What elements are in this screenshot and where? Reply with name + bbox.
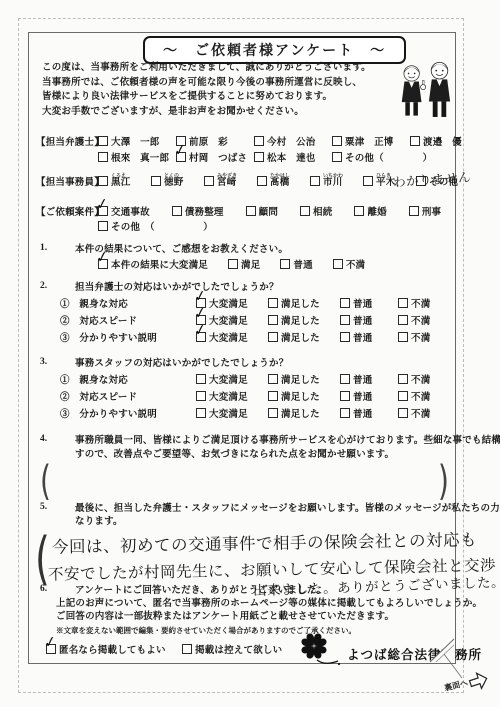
checkbox[interactable] <box>246 206 256 216</box>
checkbox-option[interactable]: 普通 <box>280 259 312 274</box>
checkbox[interactable] <box>268 315 278 325</box>
checkbox-option[interactable]: 債務整理 <box>172 206 224 221</box>
checkbox-option[interactable]: ✓大変満足 <box>196 298 268 313</box>
checkbox[interactable] <box>340 298 350 308</box>
q1-number: 1. <box>40 243 47 253</box>
checkbox-option[interactable]: 大澤 一郎 <box>98 136 176 151</box>
intro-paragraph: この度は、当事務所をご利用いただきまして、誠にありがとうございます。 当事務所で… <box>42 61 371 119</box>
checkbox[interactable] <box>268 391 278 401</box>
checkbox-option[interactable]: 顧問 <box>246 206 278 221</box>
option-label: 顧問 <box>259 208 278 218</box>
checkbox-option[interactable]: 普通 <box>340 374 398 389</box>
option-label: 満足した <box>281 376 320 386</box>
checkbox[interactable] <box>340 391 350 401</box>
checkbox-option[interactable]: 普通 <box>340 408 398 423</box>
option-label: 不満 <box>411 300 430 310</box>
checkbox-option[interactable]: 大変満足 <box>196 408 268 423</box>
lawyer-row-1: 大澤 一郎前原 彩今村 公治粟津 正博渡邉 優 <box>98 136 488 151</box>
q3-number: 3. <box>40 357 47 367</box>
checkbox[interactable]: ✓ <box>98 206 108 216</box>
option-label: 離婚 <box>367 208 386 218</box>
option-label: 普通 <box>353 334 372 344</box>
checkbox-option[interactable]: 普通 <box>340 298 398 313</box>
option-label: 大変満足 <box>209 376 248 386</box>
option-label: 満足した <box>281 334 320 344</box>
checkbox[interactable] <box>98 136 108 146</box>
case-row-1: ✓交通事故債務整理顧問相続離婚刑事 <box>98 206 463 221</box>
option-label: 不満 <box>411 334 430 344</box>
checkbox[interactable] <box>398 391 408 401</box>
criteria-label: ② 対応スピード <box>60 315 196 330</box>
option-label: その他 （ ） <box>111 223 213 233</box>
option-label: 刑事 <box>422 208 441 218</box>
case-section-label: 【ご依頼案件】 <box>36 206 104 221</box>
criteria-label: ② 対応スピード <box>60 391 196 406</box>
checkbox[interactable] <box>254 136 264 146</box>
q5-text-line: 最後に、担当した弁護士・スタッフにメッセージをお願いします。皆様のメッセージが私… <box>75 502 500 517</box>
option-label: 不満 <box>411 410 430 420</box>
checkbox[interactable] <box>332 152 342 162</box>
option-label: 大変満足 <box>209 334 248 344</box>
survey-sheet: ～ ご依頼者様アンケート ～ この度は <box>0 0 500 707</box>
checkbox-option[interactable]: 不満 <box>398 374 442 389</box>
page-turn-corner: 裏面へ <box>400 622 500 707</box>
checkbox[interactable] <box>98 176 108 186</box>
checkbox-option[interactable]: 不満 <box>398 391 442 406</box>
checkbox[interactable] <box>398 315 408 325</box>
checkbox-option[interactable]: くろえ黒江 <box>98 176 151 191</box>
checkbox[interactable] <box>196 374 206 384</box>
option-label: 大変満足 <box>209 300 248 310</box>
q1-options: ✓本件の結果に大変満足満足普通不満 <box>98 259 385 274</box>
handwritten-checkmark: ✓ <box>193 288 208 305</box>
q6-number: 6. <box>40 584 47 594</box>
handwritten-checkmark: ✓ <box>193 305 208 322</box>
checkbox[interactable] <box>398 332 408 342</box>
intro-line: 皆様により良い法律サービスをご提供することに努めております。 <box>42 90 371 105</box>
furigana: いちかわ <box>323 170 343 185</box>
checkbox[interactable] <box>268 332 278 342</box>
option-label: 大澤 一郎 <box>111 138 160 148</box>
checkbox-option[interactable]: 満足した <box>268 332 340 347</box>
intro-line: 大変お手数でございますが、是非お声をお聞かせください。 <box>42 105 371 120</box>
q6-publish-detail: ご回答の内容は一部抜粋またはアンケート用紙ごと載せさせていただきます。 <box>56 610 394 625</box>
checkbox[interactable] <box>354 206 364 216</box>
outline-right-arrow-icon <box>468 671 489 691</box>
checkbox-option[interactable]: 粟津 正博 <box>332 136 410 151</box>
option-label: 村岡 つばさ <box>189 154 247 164</box>
checkbox-option[interactable]: ✓本件の結果に大変満足 <box>98 259 208 274</box>
checkbox[interactable] <box>280 259 290 269</box>
checkbox[interactable] <box>340 315 350 325</box>
q2-text: 担当弁護士の対応はいかがでしたでしょうか？ <box>75 281 279 296</box>
checkbox[interactable] <box>332 136 342 146</box>
q4-number: 4. <box>40 434 47 444</box>
option-label: 相続 <box>313 208 332 218</box>
checkbox-option[interactable]: 不満 <box>398 332 442 347</box>
checkbox-option[interactable]: ✓大変満足 <box>196 315 268 330</box>
checkbox[interactable] <box>409 206 419 216</box>
q2-row-3: ③ 分かりやすい説明✓大変満足満足した普通不満 <box>60 332 442 347</box>
checkbox[interactable]: ✓ <box>98 259 108 269</box>
checkbox-option[interactable]: とくの徳野 <box>151 176 204 191</box>
checkbox-option[interactable]: 満足した <box>268 374 340 389</box>
intro-line: 当事務所では、ご依頼者様の声を可能な限り今後の事務所運営に反映し、 <box>42 76 371 91</box>
option-label: 満足した <box>281 300 320 310</box>
checkbox-option[interactable]: 普通 <box>340 315 398 330</box>
q5-text-line: なります。 <box>75 515 123 530</box>
q4-close-paren: ) <box>438 461 449 502</box>
checkbox-option[interactable]: ✓大変満足 <box>196 332 268 347</box>
furigana: たかはし <box>270 170 290 185</box>
checkbox-option[interactable]: 普通 <box>340 391 398 406</box>
checkbox[interactable] <box>398 408 408 418</box>
handwritten-checkmark: ✓ <box>95 249 110 266</box>
furigana: ひらき <box>376 170 391 185</box>
option-label: 不満 <box>346 261 365 271</box>
checkbox-option[interactable]: 今村 公治 <box>254 136 332 151</box>
checkbox-option[interactable]: 満足した <box>268 315 340 330</box>
checkbox-option[interactable]: ✓匿名なら掲載してもよい <box>46 644 182 659</box>
furigana: とくの <box>164 170 179 185</box>
option-label: 満足した <box>281 410 320 420</box>
option-label: 本件の結果に大変満足 <box>111 261 208 271</box>
option-label: 普通 <box>353 393 372 403</box>
checkbox[interactable] <box>340 408 350 418</box>
q4-text-line: すので、改善点やご要望等、お気づきになられた点をお聞かせ願います。 <box>75 448 394 463</box>
q3-row-2: ② 対応スピード大変満足満足した普通不満 <box>60 391 442 406</box>
option-label: 不満 <box>411 393 430 403</box>
criteria-label: ③ 分かりやすい説明 <box>60 332 196 347</box>
option-label: 普通 <box>353 300 372 310</box>
option-label: 普通 <box>353 410 372 420</box>
checkbox-option[interactable]: 普通 <box>340 332 398 347</box>
checkbox-option[interactable]: その他（ ） <box>332 152 410 167</box>
q2-row-2: ② 対応スピード✓大変満足満足した普通不満 <box>60 315 442 330</box>
page-title: ～ ご依頼者様アンケート ～ <box>143 36 406 64</box>
option-label: 普通 <box>353 376 372 386</box>
checkbox[interactable] <box>268 408 278 418</box>
option-label: 債務整理 <box>185 208 224 218</box>
option-label: 大変満足 <box>209 410 248 420</box>
checkbox-option[interactable]: 満足 <box>228 259 260 274</box>
checkbox-option[interactable]: ✓村岡 つばさ <box>176 152 254 167</box>
checkbox[interactable] <box>363 176 373 186</box>
checkbox[interactable] <box>172 206 182 216</box>
q2-number: 2. <box>40 281 47 291</box>
checkbox-option[interactable]: その他 （ ） <box>98 221 213 236</box>
checkbox-option[interactable]: たかはし髙橋 <box>257 176 310 191</box>
criteria-label: ① 親身な対応 <box>60 374 196 389</box>
checkbox[interactable] <box>410 136 420 146</box>
checkbox-option[interactable]: 満足した <box>268 408 340 423</box>
option-label: 匿名なら掲載してもよい <box>59 646 166 656</box>
checkbox[interactable]: ✓ <box>196 332 206 342</box>
option-label: 渡邉 優 <box>423 138 462 148</box>
checkbox-option[interactable]: 満足した <box>268 391 340 406</box>
checkbox-option[interactable]: 相続 <box>300 206 332 221</box>
staff-section-label: 【担当事務員】 <box>36 176 104 191</box>
checkbox[interactable] <box>98 221 108 231</box>
checkbox[interactable] <box>268 298 278 308</box>
checkbox[interactable] <box>196 391 206 401</box>
handwritten-checkmark: ✓ <box>43 634 58 651</box>
furigana: くろえ <box>111 170 126 185</box>
q5-number: 5. <box>40 502 47 512</box>
intro-line: この度は、当事務所をご利用いただきまして、誠にありがとうございます。 <box>42 61 371 76</box>
checkbox[interactable] <box>98 152 108 162</box>
option-label: 粟津 正博 <box>345 138 394 148</box>
handwritten-checkmark: ✓ <box>173 142 188 159</box>
checkbox-option[interactable]: 根來 真一郎 <box>98 152 176 167</box>
option-label: 松本 達也 <box>267 154 316 164</box>
q4-open-paren: ( <box>40 461 51 502</box>
checkbox-option[interactable]: 刑事 <box>409 206 441 221</box>
checkbox-option[interactable]: みやざき宮﨑 <box>204 176 257 191</box>
checkbox-option[interactable]: 不満 <box>398 298 442 313</box>
checkbox-option[interactable]: 不満 <box>398 408 442 423</box>
option-label: 不満 <box>411 317 430 327</box>
checkbox-option[interactable]: 前原 彩 <box>176 136 254 151</box>
option-label: 不満 <box>411 376 430 386</box>
checkbox-option[interactable]: 大変満足 <box>196 391 268 406</box>
option-label: 大変満足 <box>209 393 248 403</box>
q4-text-line: 事務所職員一同、皆様によりご満足頂ける事務所サービスを心がけております。些細な事… <box>75 434 500 449</box>
checkbox[interactable] <box>254 152 264 162</box>
checkbox-option[interactable]: 不満 <box>398 315 442 330</box>
criteria-label: ① 親身な対応 <box>60 298 196 313</box>
option-label: 満足した <box>281 317 320 327</box>
q2-row-1: ① 親身な対応✓大変満足満足した普通不満 <box>60 298 442 313</box>
handwritten-checkmark: ✓ <box>95 196 110 213</box>
option-label: 普通 <box>353 317 372 327</box>
option-label: 満足した <box>281 393 320 403</box>
option-label: 前原 彩 <box>189 138 228 148</box>
criteria-label: ③ 分かりやすい説明 <box>60 408 196 423</box>
checkbox-option[interactable]: 掲載は控えて欲しい <box>182 644 282 659</box>
checkbox[interactable]: ✓ <box>46 644 56 654</box>
checkbox-option[interactable]: 満足した <box>268 298 340 313</box>
case-row-2: その他 （ ） <box>98 221 213 236</box>
option-label: その他（ ） <box>345 154 432 164</box>
option-label: 大変満足 <box>209 317 248 327</box>
checkbox-option[interactable]: 松本 達也 <box>254 152 332 167</box>
checkbox-option[interactable]: いちかわ市川 <box>310 176 363 191</box>
checkbox[interactable] <box>310 176 320 186</box>
consent-options: ✓匿名なら掲載してもよい掲載は控えて欲しい <box>46 644 282 659</box>
checkbox[interactable] <box>333 259 343 269</box>
checkbox[interactable] <box>196 408 206 418</box>
lawyer-row-2: 根來 真一郎✓村岡 つばさ松本 達也その他（ ） <box>98 152 410 167</box>
checkbox[interactable] <box>151 176 161 186</box>
checkbox[interactable] <box>340 332 350 342</box>
checkbox[interactable] <box>300 206 310 216</box>
option-label: 掲載は控えて欲しい <box>195 646 282 656</box>
checkbox[interactable] <box>228 259 238 269</box>
checkbox[interactable] <box>398 374 408 384</box>
option-label: 普通 <box>293 261 312 271</box>
checkbox-option[interactable]: 不満 <box>333 259 365 274</box>
checkbox-option[interactable]: ✓交通事故 <box>98 206 150 221</box>
checkbox[interactable] <box>257 176 267 186</box>
checkbox-option[interactable]: 離婚 <box>354 206 386 221</box>
furigana: みやざき <box>217 170 237 185</box>
option-label: 根來 真一郎 <box>111 154 169 164</box>
lawyer-section-label: 【担当弁護士】 <box>36 136 104 151</box>
corner-note-label: 裏面へ <box>443 677 469 693</box>
clover-logo-icon <box>298 633 342 669</box>
option-label: 満足 <box>241 261 260 271</box>
checkbox-option[interactable]: 大変満足 <box>196 374 268 389</box>
checkbox[interactable]: ✓ <box>176 152 186 162</box>
option-label: 交通事故 <box>111 208 150 218</box>
handwritten-checkmark: ✓ <box>193 322 208 339</box>
checkbox[interactable] <box>182 644 192 654</box>
lawyer-mascots-illustration <box>399 43 453 135</box>
q3-row-1: ① 親身な対応大変満足満足した普通不満 <box>60 374 442 389</box>
checkbox[interactable] <box>398 298 408 308</box>
checkbox[interactable] <box>340 374 350 384</box>
q3-row-3: ③ 分かりやすい説明大変満足満足した普通不満 <box>60 408 442 423</box>
checkbox[interactable] <box>268 374 278 384</box>
checkbox[interactable] <box>204 176 214 186</box>
option-label: 今村 公治 <box>267 138 316 148</box>
checkbox-option[interactable]: 渡邉 優 <box>410 136 488 151</box>
q3-text: 事務スタッフの対応はいかがでしたでしょうか？ <box>75 357 288 372</box>
